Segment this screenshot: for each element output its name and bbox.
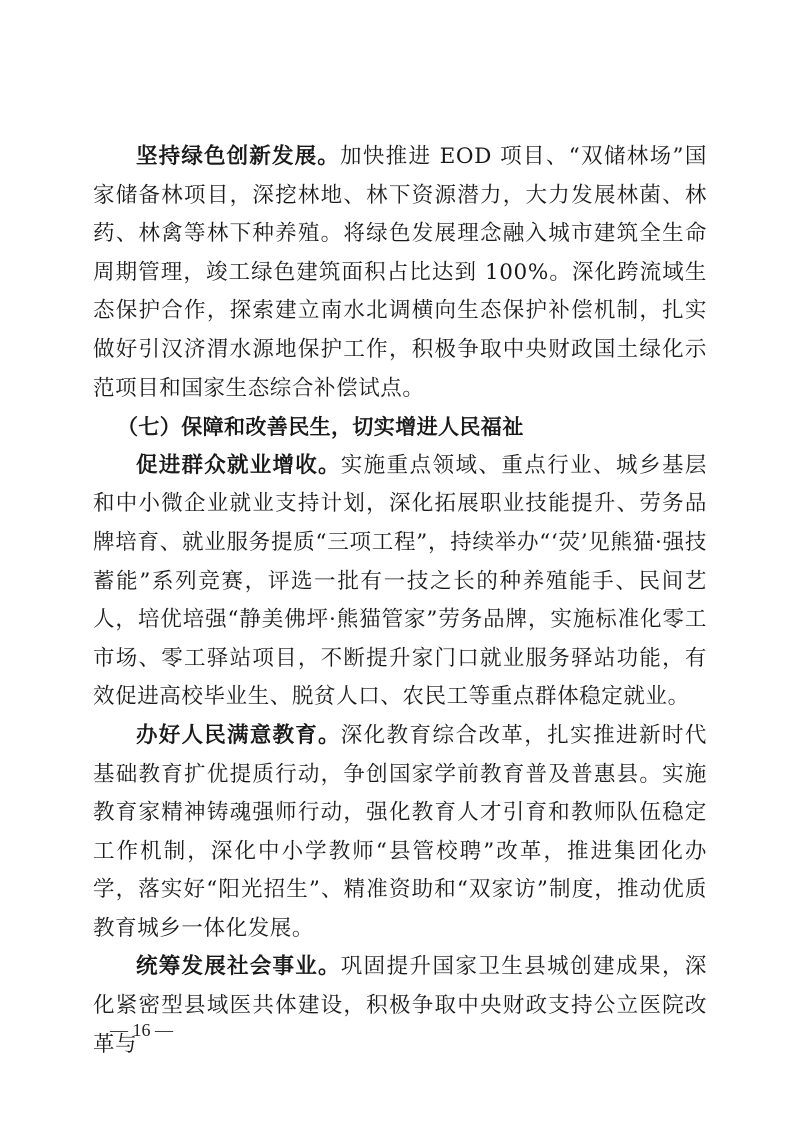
section-heading: （七）保障和改善民生，切实增进人民福祉 xyxy=(93,408,707,447)
paragraph-social-affairs: 统筹发展社会事业。巩固提升国家卫生县城创建成果，深化紧密型县域医共体建设，积极争… xyxy=(93,948,707,1064)
page-number: — 16 — xyxy=(110,1020,173,1041)
paragraph-body: 深化教育综合改革，扎实推进新时代基础教育扩优提质行动，争创国家学前教育普及普惠县… xyxy=(93,723,707,941)
paragraph-employment: 促进群众就业增收。实施重点领域、重点行业、城乡基层和中小微企业就业支持计划，深化… xyxy=(93,447,707,717)
document-page: 坚持绿色创新发展。加快推进 EOD 项目、“双储林场”国家储备林项目，深挖林地、… xyxy=(0,0,793,1122)
paragraph-green-innovation: 坚持绿色创新发展。加快推进 EOD 项目、“双储林场”国家储备林项目，深挖林地、… xyxy=(93,138,707,408)
paragraph-lead: 统筹发展社会事业。 xyxy=(136,954,341,979)
paragraph-body: 加快推进 EOD 项目、“双储林场”国家储备林项目，深挖林地、林下资源潜力，大力… xyxy=(93,144,707,401)
body-text: 坚持绿色创新发展。加快推进 EOD 项目、“双储林场”国家储备林项目，深挖林地、… xyxy=(93,138,707,1064)
paragraph-education: 办好人民满意教育。深化教育综合改革，扎实推进新时代基础教育扩优提质行动，争创国家… xyxy=(93,717,707,949)
paragraph-lead: 坚持绿色创新发展。 xyxy=(136,144,340,169)
paragraph-body: 实施重点领域、重点行业、城乡基层和中小微企业就业支持计划，深化拓展职业技能提升、… xyxy=(93,453,707,710)
paragraph-lead: 促进群众就业增收。 xyxy=(136,453,341,478)
paragraph-lead: 办好人民满意教育。 xyxy=(136,723,341,748)
